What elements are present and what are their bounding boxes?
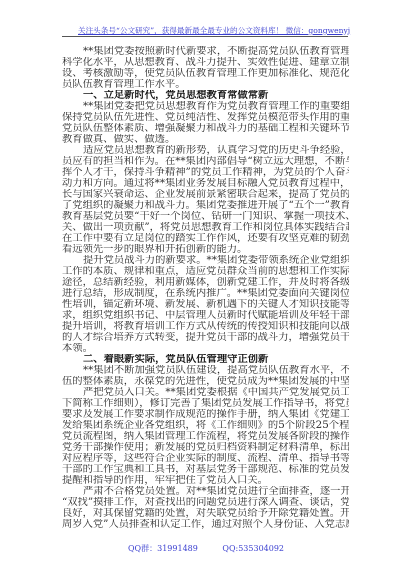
paragraph-line: 性培训，锚定新环境、新发展、新机遇下的关键人才知识技能等方面的提升需: [62, 299, 349, 310]
paragraph-line: 在工作中要有立足岗位的踏实工作作风，还要有攻坚克难的韧劲，更要有站高: [62, 233, 349, 244]
paragraph-line: 了党组织的凝聚力和战斗力。集团党委推进开展了“五个一”教育签名活动，: [62, 200, 349, 211]
header-divider: [62, 36, 348, 37]
footer-qq-group: QQ群：31991489: [128, 544, 198, 554]
paragraph-first-line: **集团党委按照新时代新要求，不断提高党员队伍教育管理工作的规范化、: [62, 46, 349, 57]
paragraph-line: 的人才综合培养方式转变，提升党员干部的战斗力，增强党员干部干事创业的: [62, 332, 349, 343]
section-heading: 二、着眼新实际，党员队伍管理守正创新: [62, 354, 349, 365]
paragraph-line: 求，组织党组织书记、中层管理人员新时代赋能培训及年轻干部党员素质能力: [62, 310, 349, 321]
paragraph-first-line: 适应党员思想教育的新形势，认真学习党的历史斗争经验，凝练新时代党: [62, 145, 349, 156]
paragraph-last-line: 本领。: [62, 343, 349, 354]
paragraph-line: 进行总结，形成制度，在系统内推广。**集团党委面向关键岗位人才开展针对: [62, 288, 349, 299]
paragraph-last-line: 看远领先一步的眼界和开拓创新的能力。: [62, 244, 349, 255]
paragraph-line: 关、做出一项贡献”，将党员思想教育工作和岗位具体实践结合起来，让党员: [62, 222, 349, 233]
paragraph-first-line: 严把党员入口关。**集团党委根据《中国共产党发展党员工作细则》（以: [62, 387, 349, 398]
paragraph-line: 教育基层党员要“干好一个岗位、钻研一门知识、掌握一项技术、攻克一个难: [62, 211, 349, 222]
paragraph-line: 挥个人才干，保持斗争精神”的党员工作精神，为党员的个人奋斗提供前进的: [62, 167, 349, 178]
paragraph-line: 下简称工作细则），修订完善了集团党员发展工作指导书，将党员发展的基本: [62, 398, 349, 409]
document-page: 关注头条号“公文研究”，获得最新最全最专业的公文资料库！ 微信：gongweny…: [0, 0, 408, 580]
section-heading: 一、立足新时代，党员思想教育常做常新: [62, 90, 349, 101]
paragraph-last-line: 提醒和指导的作用，牢牢把住了党员入口关。: [62, 475, 349, 486]
paragraph-line: 对应程序等，这些符合企业实际的制度、流程、清单、指导书等成为基层党务: [62, 453, 349, 464]
paragraph-first-line: **集团不断加强党员队伍建设，提高党员队伍教育水平，不断提升党员队: [62, 365, 349, 376]
paragraph-line: 长与国家兴衰命运、企业发展前景紧密联合起来，提高了党员的归属感，提升: [62, 189, 349, 200]
paragraph-line: 要求及发展工作要求制作成规范的操作手册，纳入集团《党建工作体系》并印: [62, 409, 349, 420]
paragraph-line: 发给集团系统企业各党组织，将《工作细则》的5个阶段25个程序绘制成发展: [62, 420, 349, 431]
paragraph-line: 工作的本质、规律和重点，适应党员群众当前的思想和工作实际，不断开辟新: [62, 266, 349, 277]
paragraph-line: 干部的工作宝典和工具书，对基层党务干部规范、标准的党员发展工作起到了: [62, 464, 349, 475]
footer-contact: QQ群：31991489 QQ:535304092: [128, 544, 284, 554]
paragraph-first-line: **集团党委把党员思想教育作为党员教育管理工作的重要组成部分，作为: [62, 101, 349, 112]
header-promo-link[interactable]: 关注头条号“公文研究”，获得最新最全最专业的公文资料库！ 微信：gongweny…: [78, 26, 348, 35]
paragraph-line: 员应有的担当和作为。在**集团内部倡导“树立远大理想，不断与时俱进，发: [62, 156, 349, 167]
paragraph-line: 动力和方向。通过将**集团业务发展目标融入党员教育过程中，将党员个人成: [62, 178, 349, 189]
footer-qq-number: QQ:535304092: [222, 544, 284, 554]
paragraph-line: 党员队伍整体素质、增强凝聚力和战斗力的基础工程和关键环节，将党员思想: [62, 123, 349, 134]
paragraph-last-line: 伍的整体素质，永葆党的先进性，使党员成为**集团发展的中坚力量。: [62, 376, 349, 387]
paragraph-first-line: 提升党员战斗力的新要求。**集团党委带领系统企业党组织深刻挖掘党建: [62, 255, 349, 266]
paragraph-first-line: 严肃不合格党员处置。对**集团党员进行全面排查，逐一开展“七清理”: [62, 486, 349, 497]
paragraph-line: 保持党员队伍先进性、党员纯洁性、发挥党员模范带头作用的重要保障和提升: [62, 112, 349, 123]
paragraph-line: 途径，总结新经验，利用新媒体，创新党建工作，并及时将各级党组织新做法: [62, 277, 349, 288]
document-body: **集团党委按照新时代新要求，不断提高党员队伍教育管理工作的规范化、科学化水平，…: [62, 46, 349, 530]
paragraph-line: 设、考核激励等，使党员队伍教育管理工作更加标准化、规范化，逐步提升党: [62, 68, 349, 79]
paragraph-line: 提升培训，将教育培训工作方式从传统的传授知识和技能向以战略目标为先导: [62, 321, 349, 332]
paragraph-line: 党务干部操作使用；新发展的党员归档资料制定材料清单，标出时间节点、相: [62, 442, 349, 453]
paragraph-last-line: 教育做真、做实、做透。: [62, 134, 349, 145]
paragraph-line: 科学化水平，从思想教育、战斗力提升、实效性促进、建章立制、党员作风建: [62, 57, 349, 68]
paragraph-line: 党员流程图，纳入集团管理工作流程，将党员发展各阶段的操作模板化，指导: [62, 431, 349, 442]
paragraph-last-line: 员队伍教育管理工作水平。: [62, 79, 349, 90]
paragraph-line: 周岁入党”人员排查和认定工作，通过对照个人身份证、入党志愿书、入伍登: [62, 519, 349, 530]
paragraph-line: “双找”摸排工作，对查找出的问题党员进行深入调查、谈话，党员认识态度: [62, 497, 349, 508]
paragraph-line: 良好，对其保留党籍的处置，对失联党员给予开除党籍处置。开展 “未满十八: [62, 508, 349, 519]
